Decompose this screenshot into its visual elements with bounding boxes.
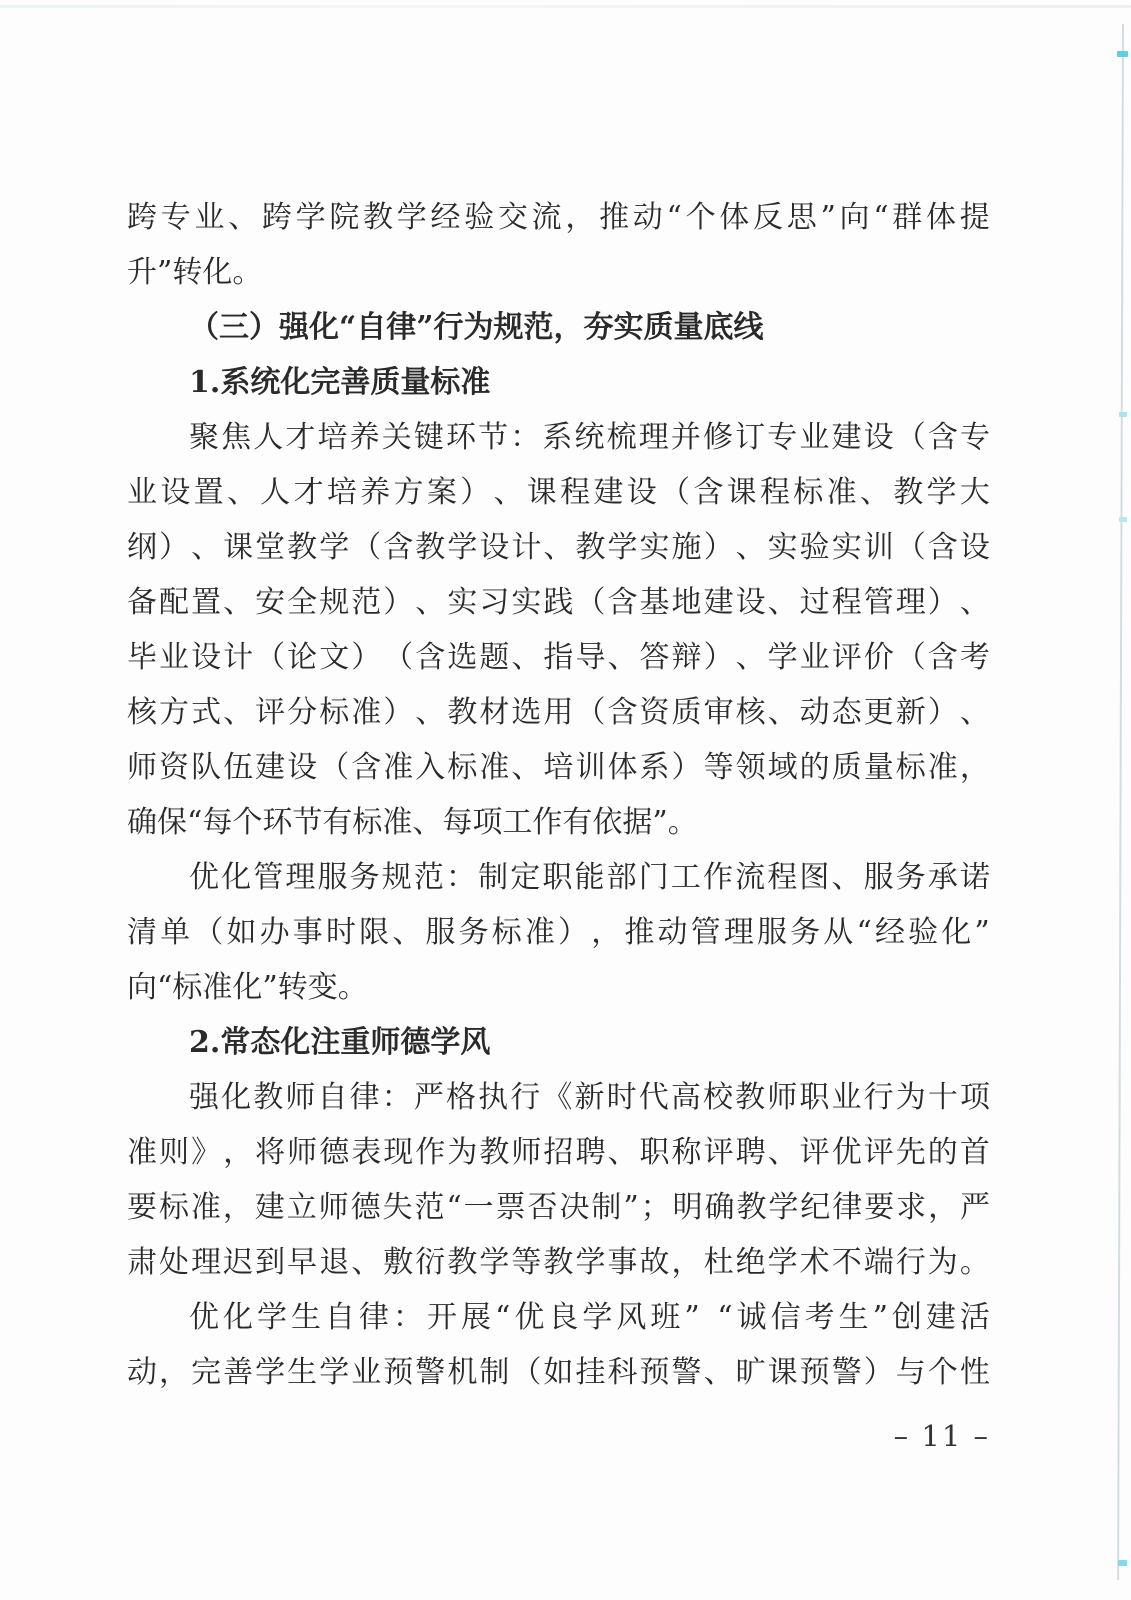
- text-line: 确保“每个环节有标准、每项工作有依据”。: [127, 795, 990, 850]
- text-line: 优化学生自律：开展“优良学风班” “诚信考生”创建活: [127, 1290, 990, 1345]
- scan-cyan-mark: [1119, 412, 1127, 417]
- page-number: – 11 –: [894, 1420, 990, 1452]
- text-line: 要标准，建立师德失范“一票否决制”；明确教学纪律要求，严: [127, 1180, 990, 1235]
- text-line: 毕业设计（论文）（含选题、指导、答辩）、学业评价（含考: [127, 630, 990, 685]
- text-line: 升”转化。: [127, 245, 990, 300]
- text-line: 纲）、课堂教学（含教学设计、教学实施）、实验实训（含设: [127, 520, 990, 575]
- text-line: 向“标准化”转变。: [127, 960, 990, 1015]
- text-line: 核方式、评分标准）、教材选用（含资质审核、动态更新）、: [127, 685, 990, 740]
- scan-right-edge-line-artifact: [1117, 24, 1124, 1580]
- document-lines: 跨专业、跨学院教学经验交流，推动“个体反思”向“群体提升”转化。（三）强化“自律…: [127, 190, 990, 1400]
- text-line: 1.系统化完善质量标准: [127, 355, 990, 410]
- text-line: 备配置、安全规范）、实习实践（含基地建设、过程管理）、: [127, 575, 990, 630]
- scan-cyan-mark: [1118, 1560, 1127, 1566]
- text-line: 业设置、人才培养方案）、课程建设（含课程标准、教学大: [127, 465, 990, 520]
- scan-cyan-mark: [1117, 51, 1128, 57]
- scan-cyan-mark: [1119, 517, 1127, 522]
- text-line: 肃处理迟到早退、敷衍教学等教学事故，杜绝学术不端行为。: [127, 1235, 990, 1290]
- scanned-document-page: 跨专业、跨学院教学经验交流，推动“个体反思”向“群体提升”转化。（三）强化“自律…: [0, 0, 1131, 1600]
- text-line: 动，完善学生学业预警机制（如挂科预警、旷课预警）与个性: [127, 1345, 990, 1400]
- text-line: 优化管理服务规范：制定职能部门工作流程图、服务承诺: [127, 850, 990, 905]
- text-line: 聚焦人才培养关键环节：系统梳理并修订专业建设（含专: [127, 410, 990, 465]
- text-line: （三）强化“自律”行为规范，夯实质量底线: [127, 300, 990, 355]
- text-line: 跨专业、跨学院教学经验交流，推动“个体反思”向“群体提: [127, 190, 990, 245]
- scan-top-edge-artifact: [0, 5, 1131, 8]
- text-line: 清单（如办事时限、服务标准），推动管理服务从“经验化”: [127, 905, 990, 960]
- text-line: 师资队伍建设（含准入标准、培训体系）等领域的质量标准，: [127, 740, 990, 795]
- text-line: 准则》，将师德表现作为教师招聘、职称评聘、评优评先的首: [127, 1125, 990, 1180]
- text-line: 强化教师自律：严格执行《新时代高校教师职业行为十项: [127, 1070, 990, 1125]
- text-line: 2.常态化注重师德学风: [127, 1015, 990, 1070]
